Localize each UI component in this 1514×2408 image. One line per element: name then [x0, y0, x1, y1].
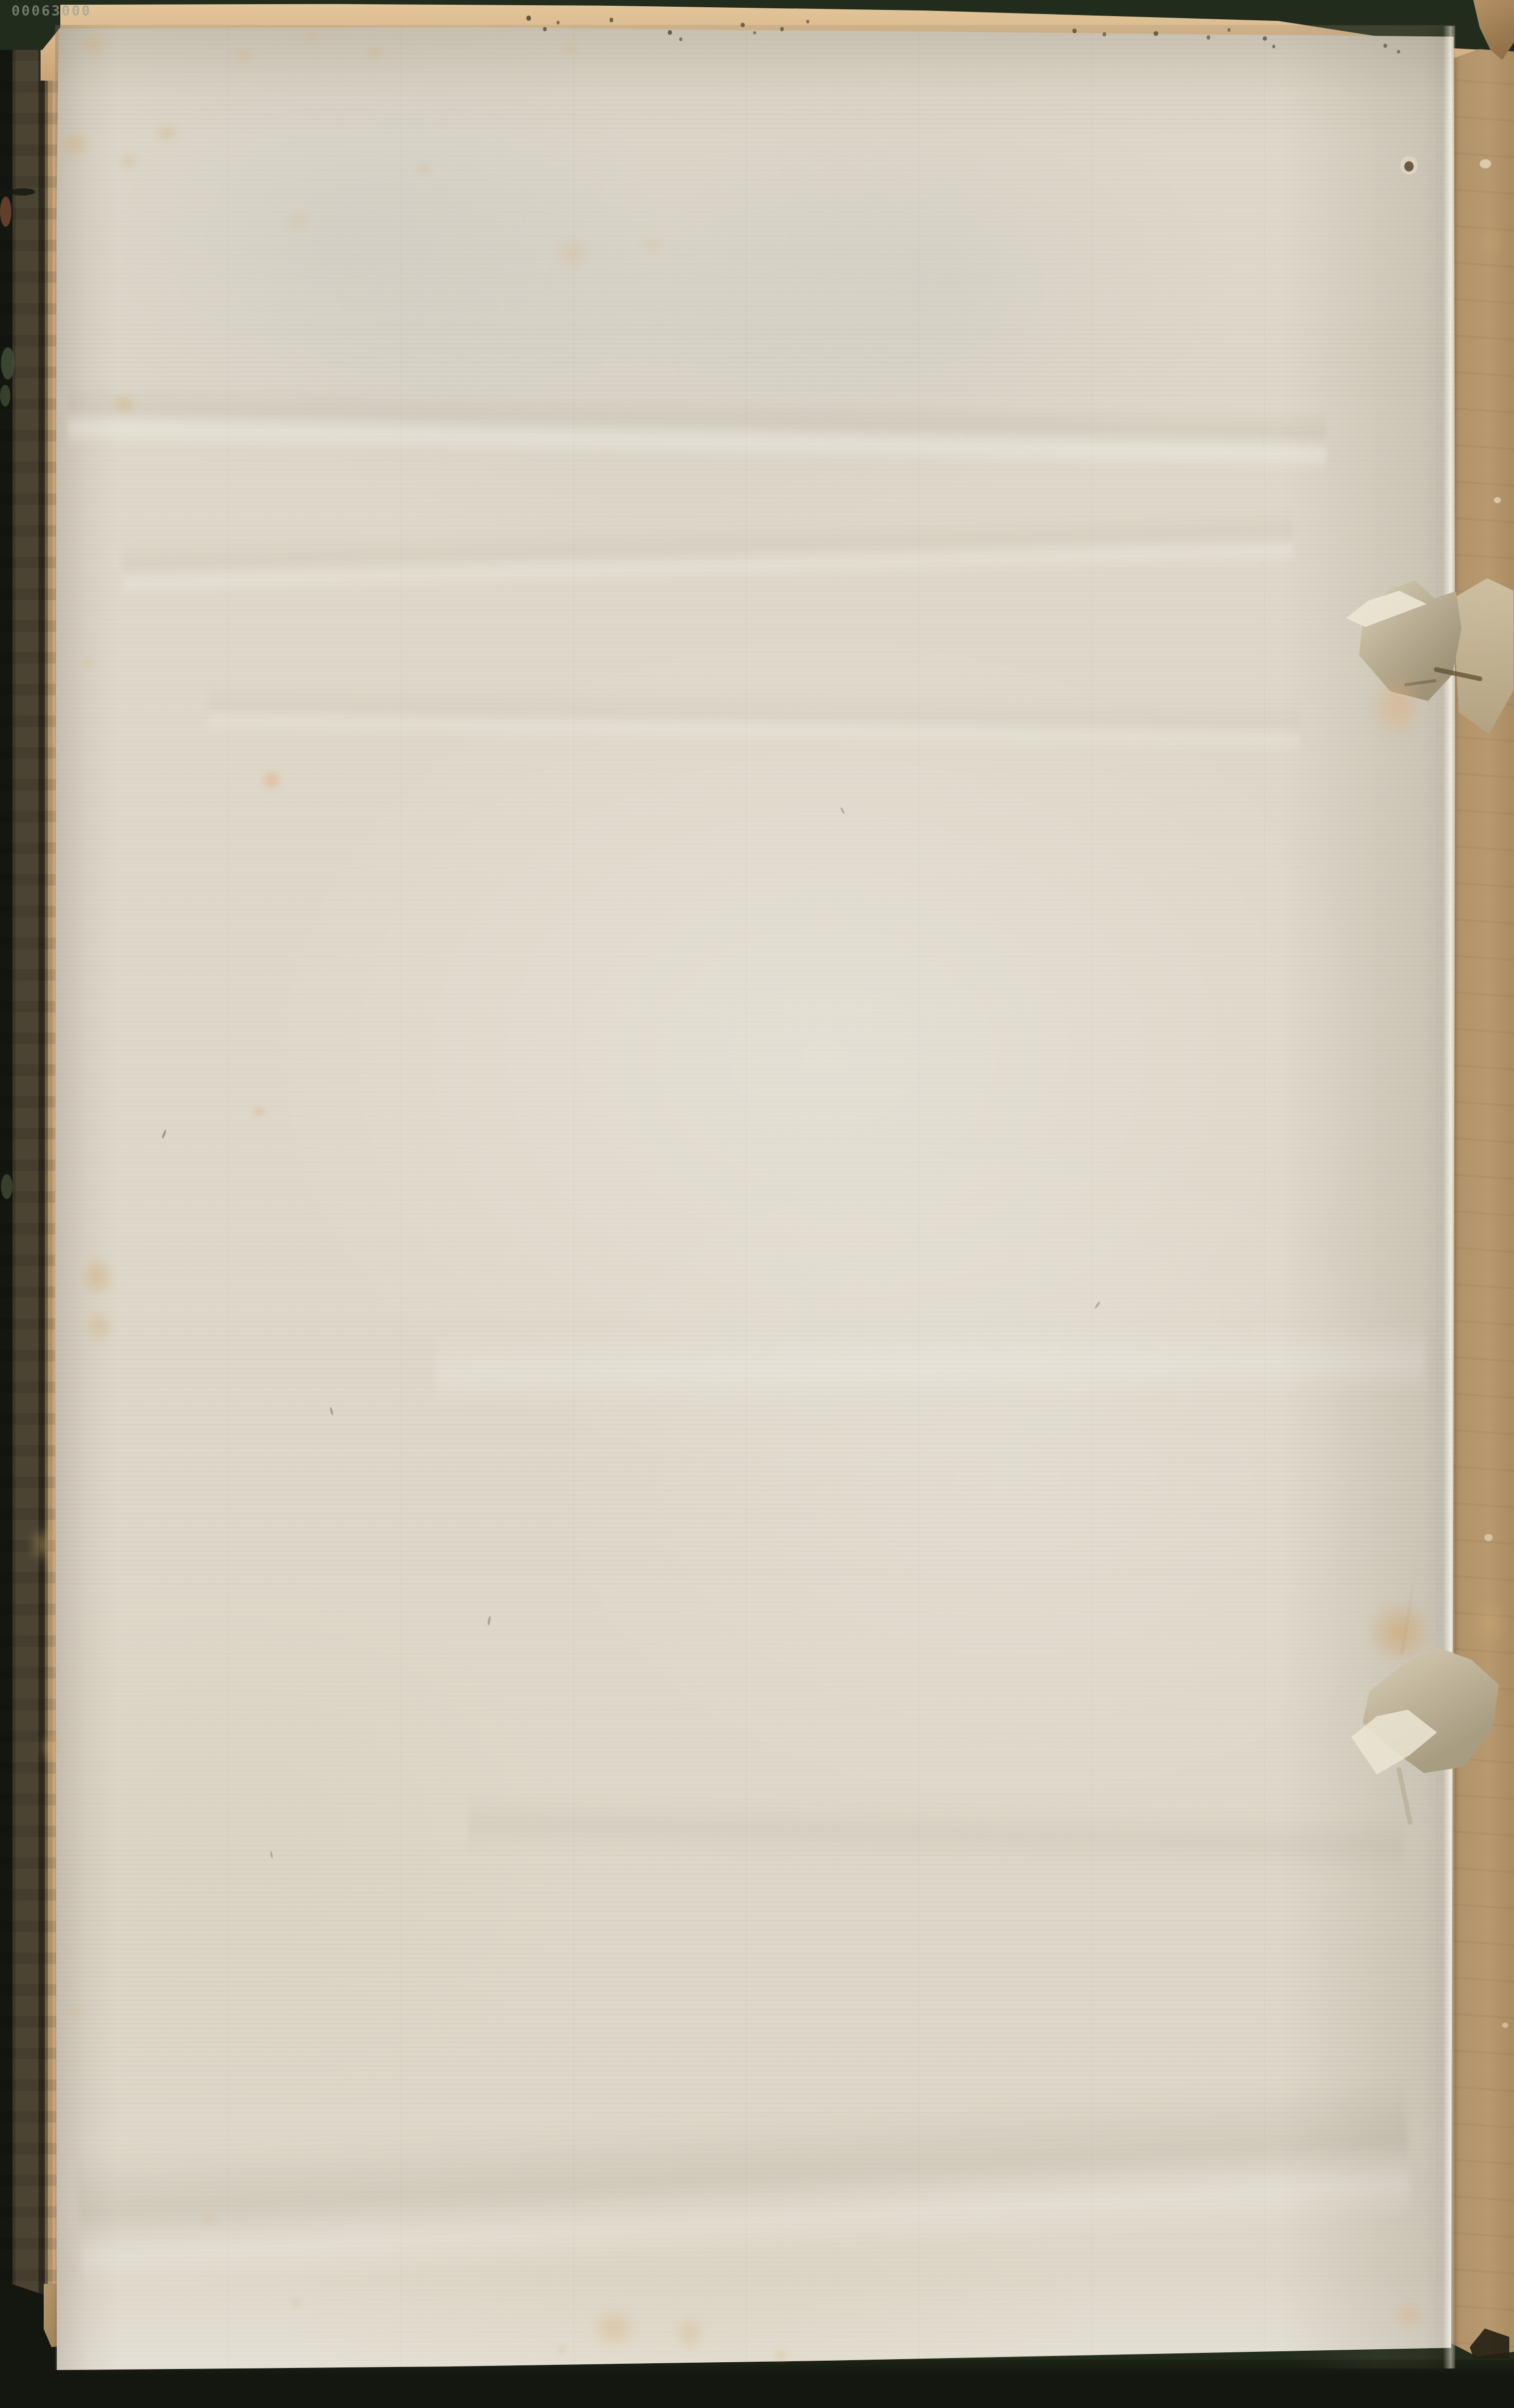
blank-page	[55, 25, 1455, 2370]
page-wrinkle	[436, 1318, 1426, 1410]
binding-kraft-strip	[1450, 47, 1514, 2357]
page-gutter-shadow	[1279, 26, 1455, 2368]
scan-id-stamp: 00063000	[11, 3, 92, 19]
book-scan: 00063000	[0, 0, 1514, 2408]
page-top-shading	[55, 25, 1455, 98]
page-left-edge-shadow	[55, 25, 118, 2370]
book-board-edge	[0, 0, 58, 2408]
